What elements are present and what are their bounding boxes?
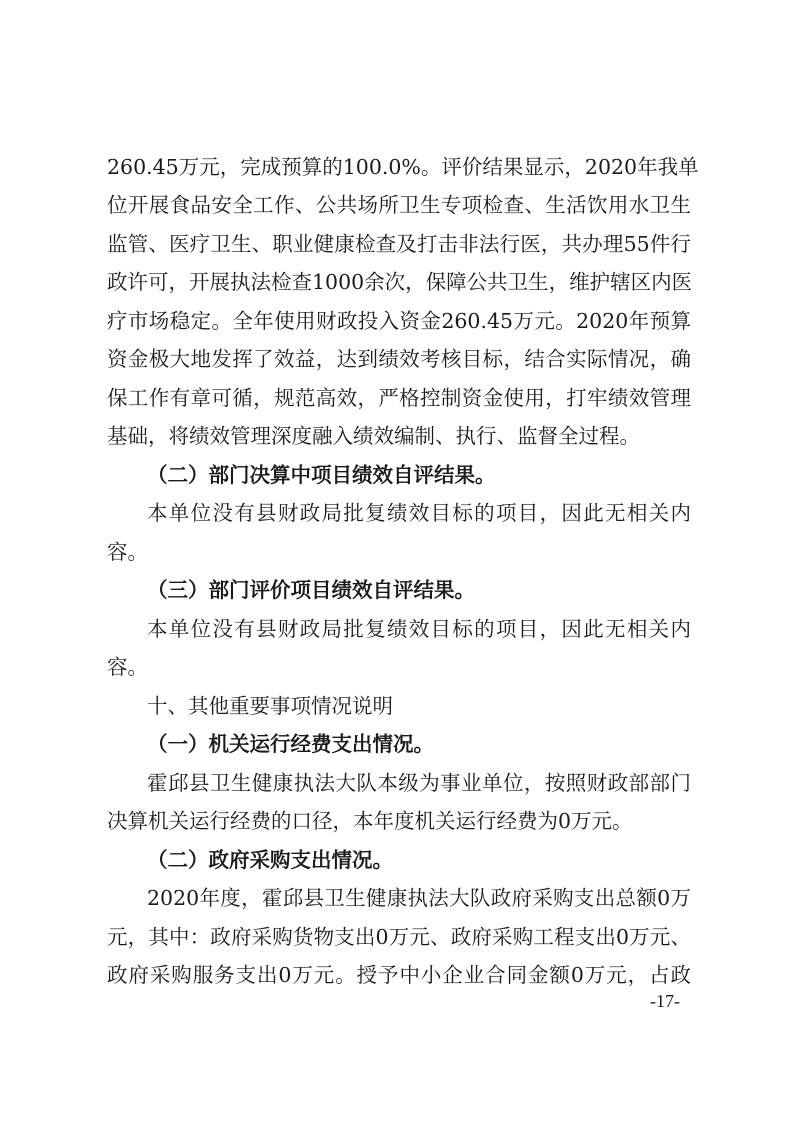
paragraph-line: 容。 <box>107 652 691 682</box>
section-subheading: （二）政府采购支出情况。 <box>147 845 691 875</box>
paragraph-line: 政许可，开展执法检查1000余次，保障公共卫生，维护辖区内医 <box>107 267 691 297</box>
paragraph-line: 元，其中：政府采购货物支出0万元、政府采购工程支出0万元、 <box>107 922 691 952</box>
section-heading: 十、其他重要事项情况说明 <box>147 691 691 721</box>
page-number: -17- <box>650 988 680 1014</box>
section-subheading: （二）部门决算中项目绩效自评结果。 <box>147 460 691 490</box>
paragraph-line: 决算机关运行经费的口径，本年度机关运行经费为0万元。 <box>107 806 691 836</box>
paragraph-line: 2020年度，霍邱县卫生健康执法大队政府采购支出总额0万 <box>147 883 691 913</box>
paragraph-line: 本单位没有县财政局批复绩效目标的项目，因此无相关内 <box>147 498 691 528</box>
paragraph-line: 260.45万元，完成预算的100.0%。评价结果显示，2020年我单 <box>107 152 691 182</box>
paragraph-line: 疗市场稳定。全年使用财政投入资金260.45万元。2020年预算 <box>107 306 691 336</box>
paragraph-line: 监管、医疗卫生、职业健康检查及打击非法行医，共办理55件行 <box>107 229 691 259</box>
paragraph-line: 保工作有章可循，规范高效，严格控制资金使用，打牢绩效管理 <box>107 383 691 413</box>
paragraph-line: 本单位没有县财政局批复绩效目标的项目，因此无相关内 <box>147 614 691 644</box>
paragraph-line: 政府采购服务支出0万元。授予中小企业合同金额0万元，占政 <box>107 960 691 990</box>
paragraph-line: 位开展食品安全工作、公共场所卫生专项检查、生活饮用水卫生 <box>107 190 691 220</box>
section-subheading: （一）机关运行经费支出情况。 <box>147 729 691 759</box>
paragraph-line: 容。 <box>107 537 691 567</box>
paragraph-line: 基础，将绩效管理深度融入绩效编制、执行、监督全过程。 <box>107 421 691 451</box>
paragraph-line: 资金极大地发挥了效益，达到绩效考核目标，结合实际情况，确 <box>107 344 691 374</box>
section-subheading: （三）部门评价项目绩效自评结果。 <box>147 575 691 605</box>
paragraph-line: 霍邱县卫生健康执法大队本级为事业单位，按照财政部部门 <box>147 768 691 798</box>
